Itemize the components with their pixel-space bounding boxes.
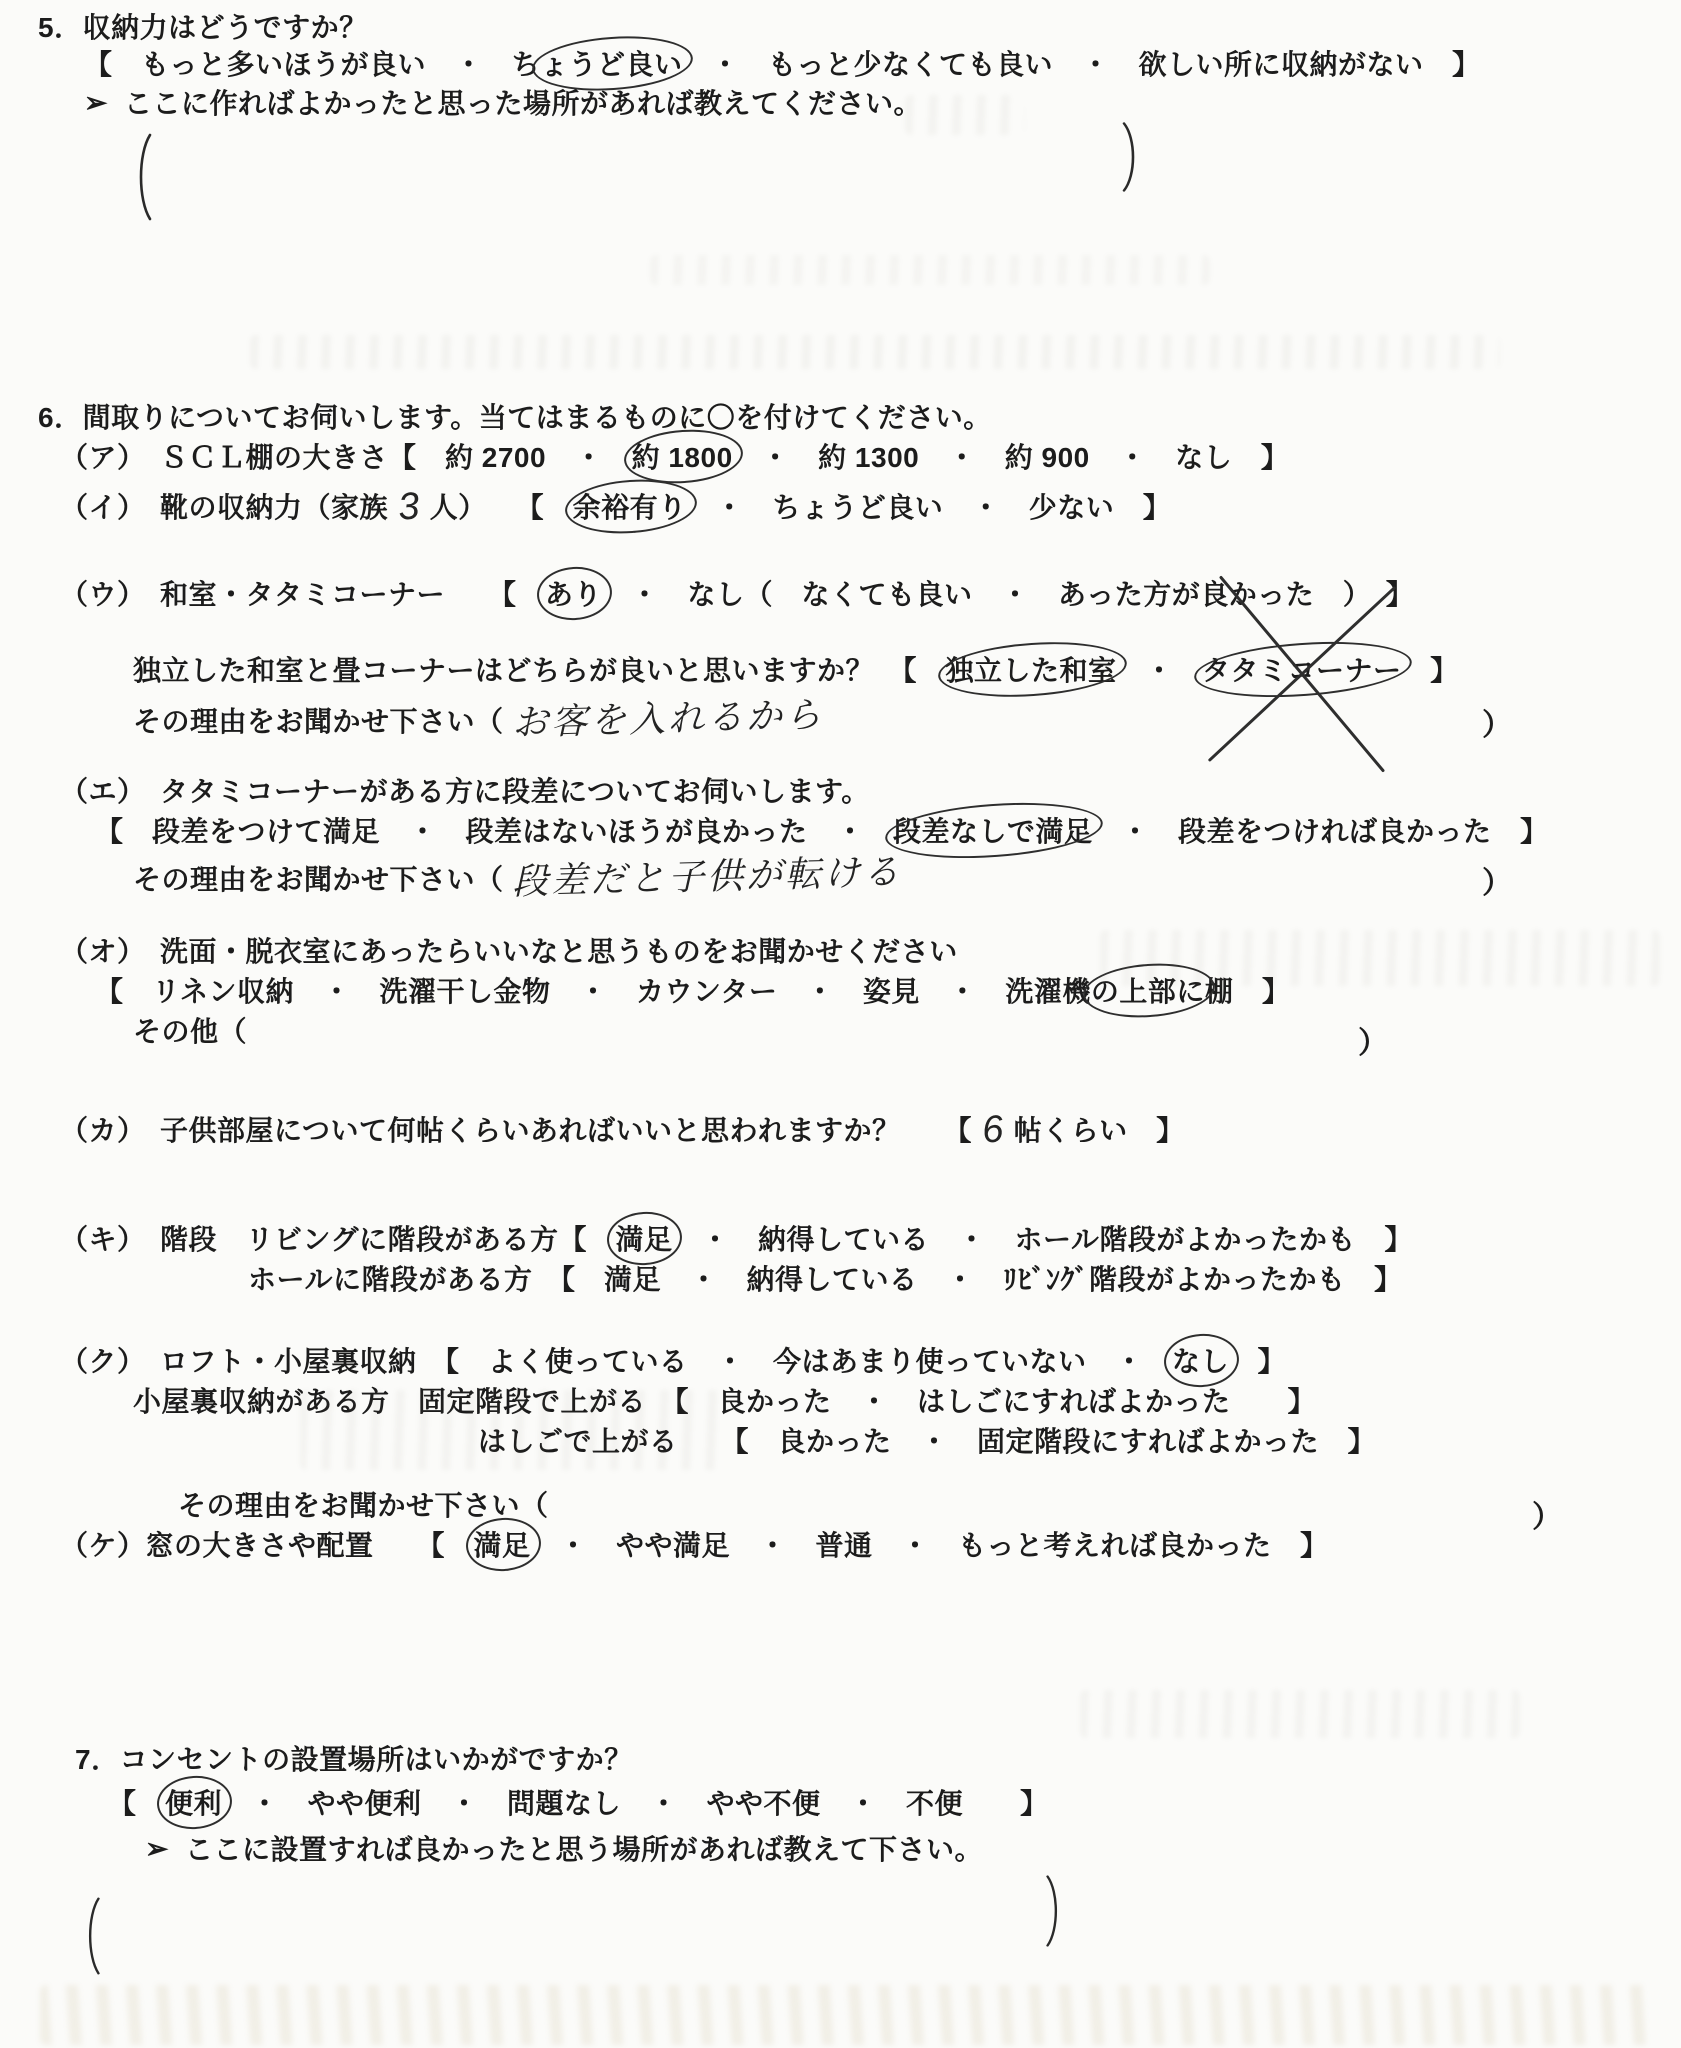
q6-i-mid: 人） 【 [430,492,573,523]
q6-u-reason-label: その理由をお聞かせ下さい（ [133,706,504,737]
tatami-corner-crossed-option: タタミコーナー [1202,653,1402,689]
q6-o-options-line: 【 リネン収納 ・ 洗濯干し金物 ・ カウンター ・ 姿見 ・ 洗濯機の上部に棚… [95,974,1290,1010]
q7-heading: 7．コンセントの設置場所はいかがですか？ [75,1742,633,1778]
q7-options-pre: 【 [108,1788,165,1819]
q6-i-post: ・ ちょうど良い ・ 少ない 】 [687,492,1172,523]
q6-e-options-line: 【 段差をつけて満足 ・ 段差はないほうが良かった ・ 段差なしで満足 ・ 段差… [95,814,1549,850]
q7-prompt-line: ➢ここに設置すれば良かったと思う場所があれば教えて下さい。 [145,1832,983,1868]
scan-bleed-artifact [905,95,1025,135]
q5-options-line: 【 もっと多いほうが良い ・ ちょうど良い ・ もっと少なくても良い ・ 欲しい… [84,47,1481,83]
q6-u-reason-line: その理由をお聞かせ下さい（お客を入れるから [133,696,824,743]
q6-ku-reason-line: その理由をお聞かせ下さい（ [178,1488,549,1524]
q6-u-post: ・ なし（ なくても良い ・ あった方が良かった ） 】 [602,579,1414,610]
step-selected-circle: 段差なしで満足 [893,814,1093,850]
scan-bleed-artifact [40,1985,1660,2045]
q6-item-i-line: （イ） 靴の収納力（家族3人） 【 余裕有り ・ ちょうど良い ・ 少ない 】 [60,481,1171,530]
scl-shelf-selected-circle: 約 1800 [632,440,733,476]
loft-selected-circle: なし [1172,1344,1229,1380]
q6-o-other-close-paren: ） [1358,1018,1388,1062]
q6-ki-pre: （キ） 階段 リビングに階段がある方【 [60,1224,615,1255]
q6-item-a-line: （ア） ＳＣＬ棚の大きさ【 約 2700 ・ 約 1800 ・ 約 1300 ・… [60,440,1289,476]
q6-usub-post: 】 [1402,655,1459,686]
q6-item-ki-line1: （キ） 階段 リビングに階段がある方【 満足 ・ 納得している ・ ホール階段が… [60,1222,1413,1258]
q6-a-pre: （ア） ＳＣＬ棚の大きさ【 約 2700 ・ [60,442,632,473]
q6-ku-post: 】 [1229,1346,1286,1377]
q6-e-reason-close-paren: ） [1482,858,1512,902]
q7-options-post: ・ やや便利 ・ 問題なし ・ やや不便 ・ 不便 】 [222,1788,1049,1819]
q6-ku-reason-label: その理由をお聞かせ下さい（ [178,1490,549,1521]
q5-prompt-text: ここに作ればよかったと思った場所があれば教えてください。 [124,88,922,119]
handwritten-family-count: 3 [386,481,432,534]
arrow-bullet-icon: ➢ [84,85,108,121]
q7-prompt-text: ここに設置すれば良かったと思う場所があれば教えて下さい。 [185,1834,983,1865]
q6-o-other-line: その他（ [133,1014,247,1050]
q6-e-post: ・ 段差をつければ良かった 】 [1093,816,1549,847]
q6-ku-pre: （ク） ロフト・小屋裏収納 【 よく使っている ・ 今はあまり使っていない ・ [60,1346,1172,1377]
q6-item-ka-line: （カ） 子供部屋について何帖くらいあればいいと思われますか？ 【6帖くらい 】 [60,1104,1185,1153]
q6-item-e-heading: （エ） タタミコーナーがある方に段差についてお伺いします。 [60,774,870,810]
q6-item-ku-line1: （ク） ロフト・小屋裏収納 【 よく使っている ・ 今はあまり使っていない ・ … [60,1344,1286,1380]
q6-ke-post: ・ やや満足 ・ 普通 ・ もっと考えれば良かった 】 [531,1530,1329,1561]
handwritten-reason-step: 段差だと子供が転ける [503,849,902,906]
q5-options-pre: 【 もっと多いほうが良い ・ ち [84,49,540,80]
scan-bleed-artifact [650,255,1210,285]
arrow-bullet-icon: ➢ [145,1831,169,1867]
q5-prompt-line: ➢ここに作ればよかったと思った場所があれば教えてください。 [84,86,922,122]
q5-selected-option-circle: ょうど良い [540,47,683,83]
q6-usub-pre: 独立した和室と畳コーナーはどちらが良いと思いますか？ 【 [133,655,946,686]
laundry-shelf-selected-circle: の上部に [1091,974,1205,1010]
q6-ka-pre: （カ） 子供部屋について何帖くらいあればいいと思われますか？ 【 [60,1115,972,1146]
q6-item-ku-line3: はしごで上がる 【 良かった ・ 固定階段にすればよかった 】 [478,1424,1376,1460]
q7-options-line: 【 便利 ・ やや便利 ・ 問題なし ・ やや不便 ・ 不便 】 [108,1786,1049,1822]
q6-a-post: ・ 約 1300 ・ 約 900 ・ なし 】 [733,442,1290,473]
answer-bracket-right [1118,121,1144,193]
q6-u-reason-close-paren: ） [1482,700,1512,744]
tatami-selected-circle: あり [545,577,602,613]
q6-ka-post: 帖くらい 】 [1014,1115,1185,1146]
handwritten-reason-washitsu: お客を入れるから [503,692,824,747]
q6-o-pre: 【 リネン収納 ・ 洗濯干し金物 ・ カウンター ・ 姿見 ・ 洗濯機 [95,976,1091,1007]
q5-options-post: ・ もっと少なくても良い ・ 欲しい所に収納がない 】 [683,49,1481,80]
scan-bleed-artifact [250,335,1500,369]
q6-o-other-label: その他（ [133,1016,247,1047]
scanned-questionnaire-page: 5．収納力はどうですか？ 【 もっと多いほうが良い ・ ちょうど良い ・ もっと… [0,0,1681,2048]
q5-heading: 5．収納力はどうですか？ [38,10,368,46]
shoe-storage-selected-circle: 余裕有り [573,490,687,526]
q6-ki-post: ・ 納得している ・ ホール階段がよかったかも 】 [672,1224,1412,1255]
window-selected-circle: 満足 [474,1528,531,1564]
outlet-selected-circle: 便利 [165,1786,222,1822]
q6-e-reason-label: その理由をお聞かせ下さい（ [133,864,504,895]
q6-u-subquestion-line: 独立した和室と畳コーナーはどちらが良いと思いますか？ 【 独立した和室 ・ タタ… [133,653,1459,689]
tatami-corner-crossed-text: タタミコーナー [1202,655,1402,686]
q6-item-ki-line2: ホールに階段がある方 【 満足 ・ 納得している ・ ﾘﾋﾞﾝｸﾞ階段がよかった… [248,1262,1402,1298]
answer-bracket-left [80,1896,104,1976]
q6-item-u-line: （ウ） 和室・タタミコーナー 【 あり ・ なし（ なくても良い ・ あった方が… [60,577,1414,613]
q6-item-ku-line2: 小屋裏収納がある方 固定階段で上がる 【 良かった ・ はしごにすればよかった … [133,1384,1316,1420]
washitsu-selected-circle: 独立した和室 [946,653,1117,689]
q6-ku-reason-close-paren: ） [1532,1492,1562,1536]
q6-u-pre: （ウ） 和室・タタミコーナー 【 [60,579,545,610]
q6-o-post: 棚 】 [1205,976,1291,1007]
q6-item-o-heading: （オ） 洗面・脱衣室にあったらいいなと思うものをお聞かせください [60,934,958,970]
answer-bracket-right [1042,1874,1066,1948]
q6-usub-mid: ・ [1117,655,1203,686]
q6-e-reason-line: その理由をお聞かせ下さい（段差だと子供が転ける [133,854,902,901]
handwritten-child-room-size: 6 [970,1104,1016,1157]
q6-i-pre: （イ） 靴の収納力（家族 [60,492,388,523]
q6-ke-pre: （ケ）窓の大きさや配置 【 [60,1530,474,1561]
q6-item-ke-line: （ケ）窓の大きさや配置 【 満足 ・ やや満足 ・ 普通 ・ もっと考えれば良か… [60,1528,1329,1564]
answer-bracket-left [130,132,156,222]
stairs-selected-circle: 満足 [615,1222,672,1258]
scan-bleed-artifact [1080,1690,1520,1738]
q6-e-pre: 【 段差をつけて満足 ・ 段差はないほうが良かった ・ [95,816,893,847]
q6-heading: 6．間取りについてお伺いします。当てはまるものに〇を付けてください。 [38,400,992,436]
